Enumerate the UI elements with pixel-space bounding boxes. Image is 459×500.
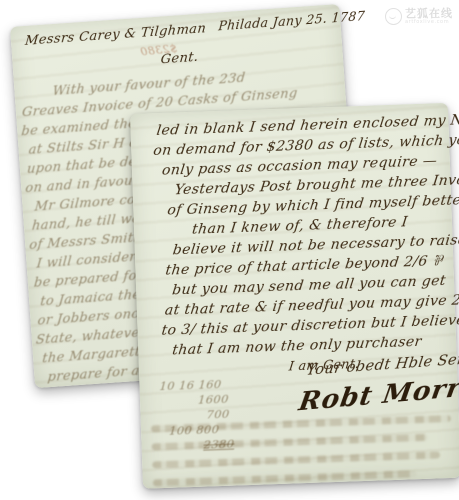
watermark: 艺狐在线 artfoxlive.com [385, 8, 453, 25]
watermark-sub-text: artfoxlive.com [405, 20, 453, 25]
photo-background: 艺狐在线 artfoxlive.com Messrs Carey & Tilgh… [0, 0, 459, 500]
figure-line: 700 [206, 407, 234, 423]
figure-line: 1600 [198, 392, 234, 408]
bleedthrough-ghost-lines [151, 415, 453, 497]
place-date-line: Philada Jany 25. 1787 [218, 8, 366, 33]
ghost-line [152, 451, 440, 468]
ghost-line [153, 470, 417, 486]
watermark-brand-text: 艺狐在线 [405, 8, 453, 19]
letter-page-2: led in blank I send herein enclosed my N… [130, 103, 459, 489]
fox-circle-icon [385, 8, 402, 25]
addressee-line: Messrs Carey & Tilghman [24, 21, 206, 49]
page2-body-text: led in blank I send herein enclosed my N… [130, 108, 459, 382]
ghost-line [152, 434, 428, 451]
